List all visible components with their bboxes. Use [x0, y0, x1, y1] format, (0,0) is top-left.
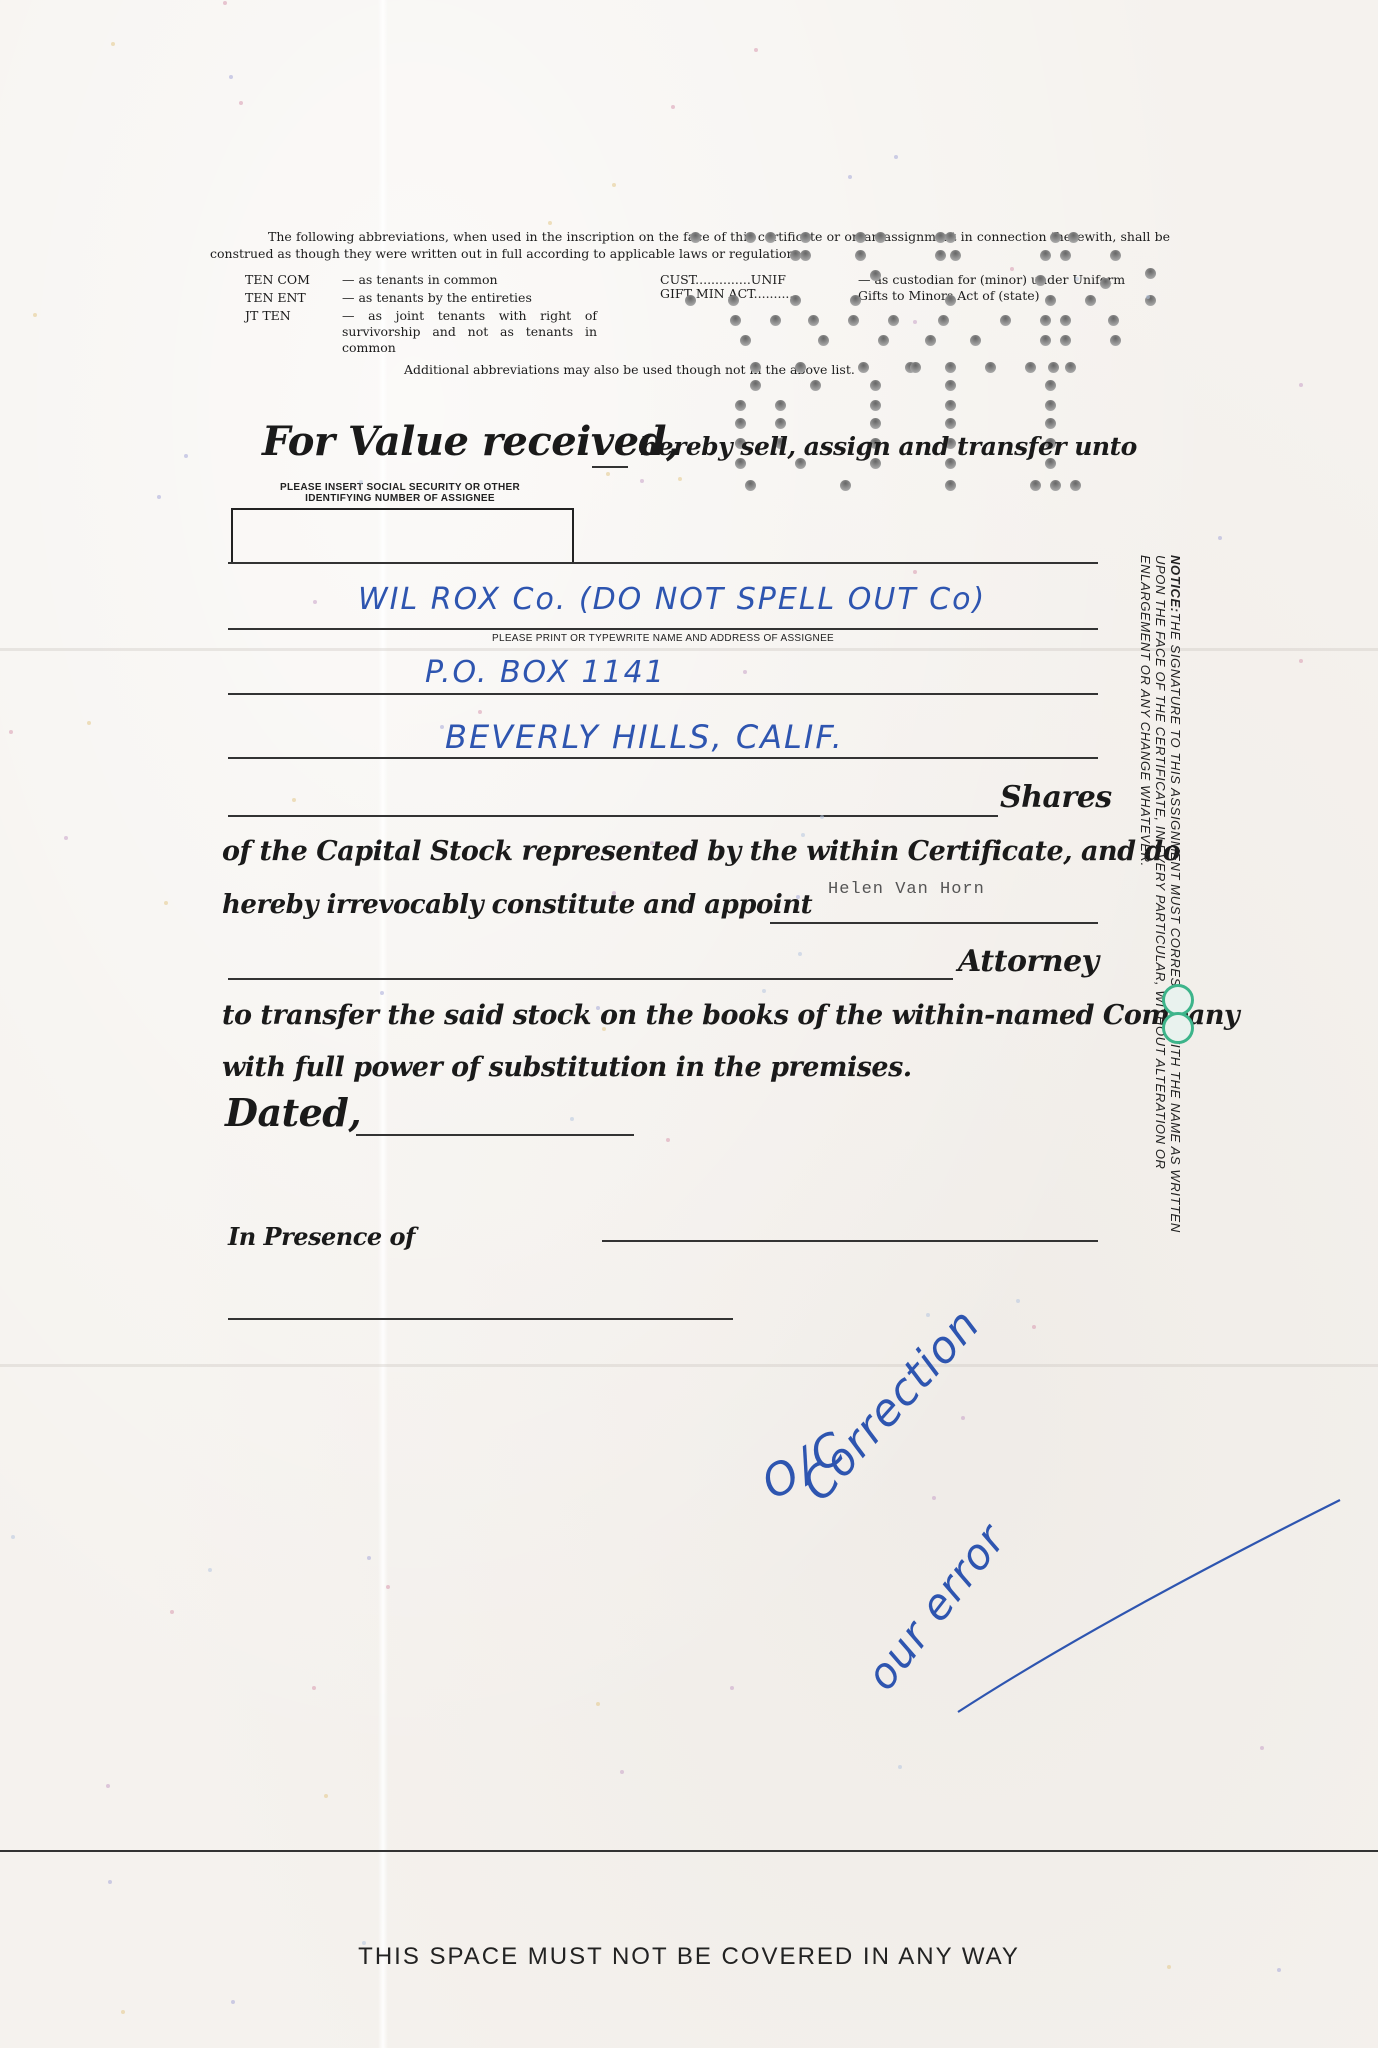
paper-fiber-speck	[762, 989, 766, 993]
paper-fiber-speck	[229, 75, 233, 79]
paper-fiber-speck	[164, 901, 168, 905]
paper-fiber-speck	[157, 495, 161, 499]
paper-fiber-speck	[478, 710, 482, 714]
paper-fiber-speck	[223, 1, 227, 5]
paper-fiber-speck	[678, 477, 682, 481]
paper-fiber-speck	[796, 895, 800, 899]
paper-fiber-speck	[620, 1770, 624, 1774]
paper-fiber-speck	[798, 952, 802, 956]
paper-fiber-speck	[170, 1610, 174, 1614]
paper-fiber-speck	[239, 101, 243, 105]
paper-fiber-speck	[612, 183, 616, 187]
paper-fiber-speck	[1146, 295, 1150, 299]
paper-fiber-speck	[570, 1117, 574, 1121]
paper-fiber-speck	[9, 730, 13, 734]
paper-fiber-speck	[1016, 1299, 1020, 1303]
paper-fiber-speck	[108, 1880, 112, 1884]
paper-fiber-speck	[932, 1496, 936, 1500]
paper-fiber-speck	[650, 841, 654, 845]
paper-fiber-speck	[640, 479, 644, 483]
paper-fiber-speck	[380, 991, 384, 995]
bottom-rule	[0, 1850, 1378, 1852]
paper-fiber-speck	[312, 1686, 316, 1690]
paper-fiber-speck	[548, 221, 552, 225]
paper-fiber-speck	[612, 891, 616, 895]
paper-fiber-speck	[666, 1138, 670, 1142]
paper-fiber-speck	[913, 320, 917, 324]
paper-fiber-speck	[111, 42, 115, 46]
paper-fiber-speck	[1075, 277, 1079, 281]
paper-fiber-speck	[121, 2010, 125, 2014]
paper-fiber-speck	[367, 1556, 371, 1560]
paper-fiber-speck	[292, 798, 296, 802]
paper-fiber-speck	[64, 836, 68, 840]
do-not-cover-notice: THIS SPACE MUST NOT BE COVERED IN ANY WA…	[0, 1943, 1378, 1971]
paper-fiber-speck	[848, 175, 852, 179]
paper-fiber-speck	[440, 725, 444, 729]
paper-fiber-speck	[913, 570, 917, 574]
paper-fiber-speck	[801, 833, 805, 837]
paper-fiber-speck	[33, 313, 37, 317]
paper-fiber-speck	[359, 480, 363, 484]
paper-fiber-speck	[106, 1784, 110, 1788]
paper-fiber-speck	[961, 1416, 965, 1420]
paper-fiber-speck	[11, 1535, 15, 1539]
paper-fiber-speck	[754, 48, 758, 52]
paper-fiber-speck	[1167, 1965, 1171, 1969]
paper-fiber-speck	[730, 1686, 734, 1690]
paper-fiber-speck	[894, 155, 898, 159]
paper-fiber-speck	[231, 2000, 235, 2004]
paper-fiber-speck	[386, 1585, 390, 1589]
paper-fiber-speck	[324, 1794, 328, 1798]
paper-fiber-speck	[743, 670, 747, 674]
paper-fiber-speck	[184, 454, 188, 458]
paper-fiber-speck	[1010, 267, 1014, 271]
paper-fiber-speck	[602, 1027, 606, 1031]
paper-fiber-speck	[1260, 1746, 1264, 1750]
paper-fiber-speck	[596, 1006, 600, 1010]
paper-fiber-speck	[1277, 1968, 1281, 1972]
paper-fiber-speck	[313, 600, 317, 604]
paper-fiber-speck	[1299, 383, 1303, 387]
paper-fiber-speck	[1032, 1325, 1036, 1329]
paper-fiber-speck	[898, 1765, 902, 1769]
paper-fiber-speck	[671, 105, 675, 109]
paper-fiber-speck	[596, 1702, 600, 1706]
annotation-underline	[0, 0, 1378, 2048]
paper-fiber-speck	[208, 1568, 212, 1572]
paper-fiber-speck	[1299, 659, 1303, 663]
paper-fiber-speck	[362, 1941, 366, 1945]
paper-fiber-speck	[1218, 536, 1222, 540]
paper-fiber-speck	[926, 1313, 930, 1317]
paper-fiber-speck	[606, 472, 610, 476]
paper-fiber-speck	[87, 721, 91, 725]
paper-fiber-speck	[820, 815, 824, 819]
